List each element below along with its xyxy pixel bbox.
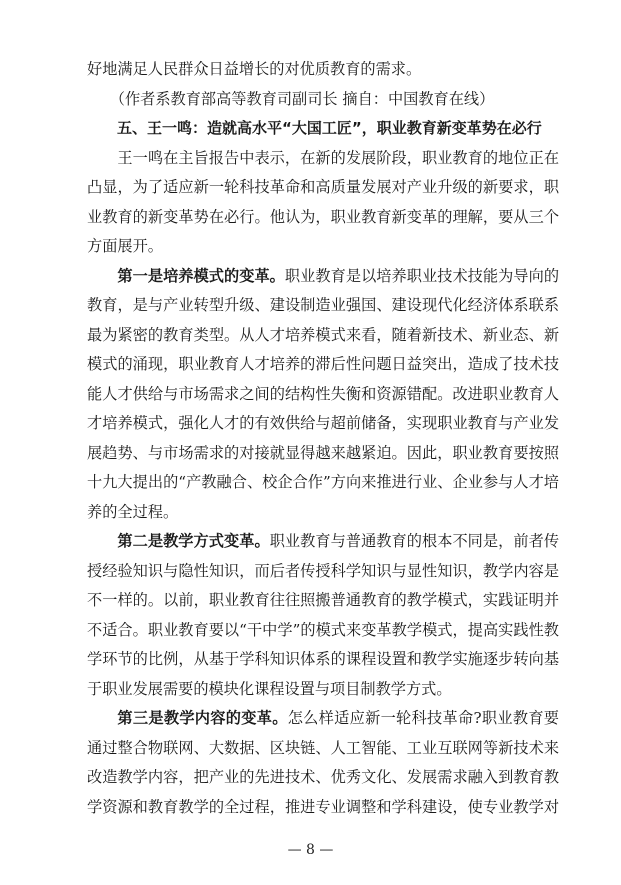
source-attribution: （作者系教育部高等教育司副司长 摘自：中国教育在线） — [87, 85, 559, 115]
paragraph-body: 职业教育与普通教育的根本不同是，前者传授经验知识与隐性知识，而后者传授科学知识与… — [87, 532, 559, 698]
section-heading: 五、王一鸣：造就高水平“大国工匠”，职业教育新变革势在必行 — [87, 114, 559, 144]
document-page: 好地满足人民群众日益增长的对优质教育的需求。 （作者系教育部高等教育司副司长 摘… — [87, 55, 559, 822]
lead-phrase: 第三是教学内容的变革。 — [117, 709, 287, 727]
paragraph-training-model: 第一是培养模式的变革。职业教育是以培养职业技术技能为导向的教育，是与产业转型升级… — [87, 262, 559, 528]
paragraph-teaching-method: 第二是教学方式变革。职业教育与普通教育的根本不同是，前者传授经验知识与隐性知识，… — [87, 527, 559, 704]
paragraph-teaching-content: 第三是教学内容的变革。怎么样适应新一轮科技革命?职业教育要通过整合物联网、大数据… — [87, 704, 559, 822]
page-number: — 8 — — [0, 842, 621, 858]
paragraph-intro: 王一鸣在主旨报告中表示，在新的发展阶段，职业教育的地位正在凸显，为了适应新一轮科… — [87, 144, 559, 262]
paragraph-body: 职业教育是以培养职业技术技能为导向的教育，是与产业转型升级、建设制造业强国、建设… — [87, 267, 559, 521]
paragraph-continuation: 好地满足人民群众日益增长的对优质教育的需求。 — [87, 55, 559, 85]
lead-phrase: 第一是培养模式的变革。 — [117, 267, 285, 285]
lead-phrase: 第二是教学方式变革。 — [117, 532, 269, 550]
